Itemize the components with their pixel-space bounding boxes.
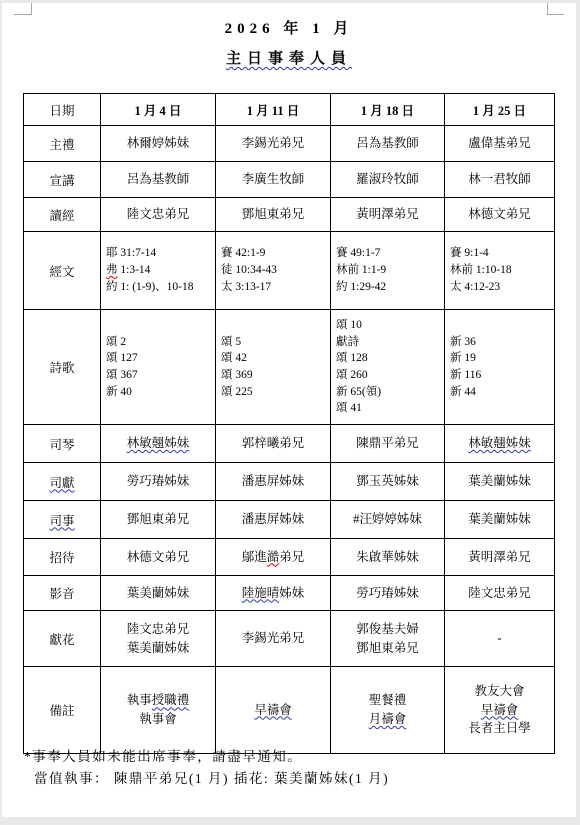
footer-duty-line: 當值執事： 陳鼎平弟兄(1 月) 插花: 葉美蘭姊妹(1 月) bbox=[24, 768, 564, 790]
cell-line: 勞巧瑃姊妹 bbox=[104, 472, 212, 491]
cell-line: 新 44 bbox=[450, 384, 551, 401]
text-segment: 潘惠屏姊妹 bbox=[242, 512, 305, 526]
text-segment: 黃明澤弟兄 bbox=[356, 207, 419, 221]
text-segment: 影音 bbox=[49, 587, 74, 601]
text-segment: 賽 49:1-7 bbox=[336, 247, 380, 259]
text-segment: 勞巧瑃姊妹 bbox=[127, 474, 190, 488]
cell: 陸文忠弟兄 bbox=[101, 198, 216, 232]
cell-line: 新 40 bbox=[106, 384, 212, 401]
table-row: 司事鄧旭東弟兄潘惠屏姊妹#汪婷婷姊妹葉美蘭姊妹 bbox=[24, 501, 555, 539]
text-segment: 陸文忠弟兄 bbox=[127, 207, 190, 221]
text-segment: 林前 1:1-9 bbox=[336, 264, 386, 276]
row-label: 影音 bbox=[24, 576, 101, 611]
cell: 聖餐禮月禱會 bbox=[331, 667, 445, 754]
cell-line: 朱啟華姊妹 bbox=[334, 548, 441, 567]
text-segment: 呂為基教師 bbox=[127, 172, 190, 186]
text-segment: 約 1: (1-9)、10-18 bbox=[106, 281, 194, 293]
cell: 潘惠屏姊妹 bbox=[216, 501, 331, 539]
cell-line: 頌 41 bbox=[336, 400, 441, 417]
cell-line: 早禱會 bbox=[219, 701, 327, 720]
cell: 林敏翹姊妹 bbox=[445, 425, 555, 463]
table-row: 讀經陸文忠弟兄鄧旭東弟兄黃明澤弟兄林德文弟兄 bbox=[24, 198, 555, 232]
text-segment: 新 36 bbox=[450, 336, 476, 348]
cell: - bbox=[445, 611, 555, 667]
cell-line: #汪婷婷姊妹 bbox=[334, 510, 441, 529]
cell-line: 呂為基教師 bbox=[104, 170, 212, 189]
text-segment: 姊妹 bbox=[279, 586, 304, 600]
cell-line: 郭梓曦弟兄 bbox=[219, 434, 327, 453]
cell: #汪婷婷姊妹 bbox=[331, 501, 445, 539]
cell-line: 頌 260 bbox=[336, 367, 441, 384]
text-segment: 頌 42 bbox=[221, 352, 247, 364]
cell-line: 聖餐禮 bbox=[334, 691, 441, 710]
table-header-row: 日期1 月 4 日1 月 11 日1 月 18 日1 月 25 日 bbox=[24, 94, 555, 126]
cell-line: 執事會 bbox=[104, 710, 212, 729]
text-segment: 郭梓曦弟兄 bbox=[242, 436, 305, 450]
document-page: 2026 年 1 月 主日事奉人員 日期1 月 4 日1 月 11 日1 月 1… bbox=[2, 3, 576, 817]
text-segment: 詩歌 bbox=[49, 361, 74, 375]
text-segment-red-wavy: 澔 bbox=[267, 550, 280, 564]
row-label: 司琴 bbox=[24, 425, 101, 463]
cell-line: 頌 10 bbox=[336, 317, 441, 334]
cell-line: 太 3:13-17 bbox=[221, 279, 327, 296]
text-segment: 葉美蘭姊妹 bbox=[127, 641, 190, 655]
text-segment: 執事 bbox=[127, 693, 152, 707]
text-segment-blue-wavy: 陸施晴 bbox=[242, 586, 280, 600]
text-segment: 葉美蘭姊妹 bbox=[127, 586, 190, 600]
cell-line: 郭俊基夫婦 bbox=[334, 620, 441, 639]
cell: 林德文弟兄 bbox=[445, 198, 555, 232]
header-label-cell: 日期 bbox=[24, 94, 101, 126]
text-segment: 頌 2 bbox=[106, 336, 126, 348]
cell-line: 月禱會 bbox=[334, 710, 441, 729]
table-row: 司獻勞巧瑃姊妹潘惠屏姊妹鄧玉英姊妹葉美蘭姊妹 bbox=[24, 463, 555, 501]
text-segment: 林一君牧師 bbox=[468, 172, 531, 186]
crop-mark-line bbox=[14, 14, 31, 15]
cell: 黃明澤弟兄 bbox=[445, 539, 555, 576]
cell-line: 耶 31:7-14 bbox=[106, 245, 212, 262]
text-segment-red-wavy: 弗 bbox=[106, 264, 118, 276]
text-segment: 呂為基教師 bbox=[356, 136, 419, 150]
cell: 盧偉基弟兄 bbox=[445, 126, 555, 162]
text-segment: 李錫光弟兄 bbox=[242, 631, 305, 645]
cell: 頌 2頌 127頌 367新 40 bbox=[101, 310, 216, 425]
text-segment: 經文 bbox=[49, 265, 74, 279]
text-segment: 新 116 bbox=[450, 369, 481, 381]
cell-line: 鄧玉英姊妹 bbox=[334, 472, 441, 491]
cell: 鄔進澔弟兄 bbox=[216, 539, 331, 576]
cell: 賽 42:1-9徒 10:34-43太 3:13-17 bbox=[216, 232, 331, 310]
cell-line: 鄧旭東弟兄 bbox=[334, 639, 441, 658]
cell-line: 鄔進澔弟兄 bbox=[219, 548, 327, 567]
cell: 呂為基教師 bbox=[101, 162, 216, 198]
table-row: 主禮林爾婷姊妹李錫光弟兄呂為基教師盧偉基弟兄 bbox=[24, 126, 555, 162]
text-segment: 林爾婷姊妹 bbox=[127, 136, 190, 150]
cell: 陸文忠弟兄葉美蘭姊妹 bbox=[101, 611, 216, 667]
text-segment: 賽 42:1-9 bbox=[221, 247, 265, 259]
cell-line: 頌 2 bbox=[106, 334, 212, 351]
table-row: 招待林德文弟兄鄔進澔弟兄朱啟華姊妹黃明澤弟兄 bbox=[24, 539, 555, 576]
text-segment: 頌 127 bbox=[106, 352, 138, 364]
text-segment: 勞巧瑃姊妹 bbox=[356, 586, 419, 600]
text-segment-blue-wavy: 司事 bbox=[49, 514, 74, 528]
text-segment: 頌 41 bbox=[336, 402, 362, 414]
text-segment: 獻詩 bbox=[336, 336, 359, 348]
table-row: 備註執事授職禮執事會早禱會聖餐禮月禱會教友大會早禱會長者主日學 bbox=[24, 667, 555, 754]
text-segment-blue-wavy: 司獻 bbox=[49, 476, 74, 490]
text-segment-blue-wavy: 月禱會 bbox=[369, 712, 407, 726]
cell-line: 李廣生牧師 bbox=[219, 170, 327, 189]
row-label: 主禮 bbox=[24, 126, 101, 162]
cell-line: 太 4:12-23 bbox=[450, 279, 551, 296]
cell-line: 黃明澤弟兄 bbox=[334, 205, 441, 224]
text-segment: 徒 10:34-43 bbox=[221, 264, 277, 276]
row-label: 獻花 bbox=[24, 611, 101, 667]
text-segment: 新 19 bbox=[450, 352, 476, 364]
header-date-cell: 1 月 18 日 bbox=[331, 94, 445, 126]
cell: 陸施晴姊妹 bbox=[216, 576, 331, 611]
text-segment: 鄧旭東弟兄 bbox=[356, 641, 419, 655]
text-segment: 林德文弟兄 bbox=[127, 550, 190, 564]
cell: 葉美蘭姊妹 bbox=[445, 463, 555, 501]
text-segment: 陸文忠弟兄 bbox=[127, 622, 190, 636]
cell-line: 頌 42 bbox=[221, 350, 327, 367]
cell-line: - bbox=[448, 629, 551, 648]
cell: 呂為基教師 bbox=[331, 126, 445, 162]
page-margin-mark-top-right bbox=[547, 3, 565, 16]
cell-line: 葉美蘭姊妹 bbox=[104, 584, 212, 603]
cell-line: 陸文忠弟兄 bbox=[104, 620, 212, 639]
text-segment: - bbox=[497, 631, 501, 645]
cell-line: 李錫光弟兄 bbox=[219, 134, 327, 153]
text-segment-blue-wavy: 林敏翹姊妹 bbox=[127, 436, 190, 450]
row-label: 司獻 bbox=[24, 463, 101, 501]
cell: 郭梓曦弟兄 bbox=[216, 425, 331, 463]
cell: 勞巧瑃姊妹 bbox=[331, 576, 445, 611]
cell: 黃明澤弟兄 bbox=[331, 198, 445, 232]
text-segment: 陸文忠弟兄 bbox=[468, 586, 531, 600]
schedule-table: 日期1 月 4 日1 月 11 日1 月 18 日1 月 25 日主禮林爾婷姊妹… bbox=[23, 93, 555, 754]
cell-line: 頌 128 bbox=[336, 350, 441, 367]
text-segment: 羅淑玲牧師 bbox=[356, 172, 419, 186]
cell: 林一君牧師 bbox=[445, 162, 555, 198]
table-row: 經文耶 31:7-14弗 1:3-14約 1: (1-9)、10-18賽 42:… bbox=[24, 232, 555, 310]
cell-line: 新 65(領) bbox=[336, 384, 441, 401]
cell-line: 新 36 bbox=[450, 334, 551, 351]
cell: 郭俊基夫婦鄧旭東弟兄 bbox=[331, 611, 445, 667]
text-segment: 頌 369 bbox=[221, 369, 253, 381]
text-segment: 太 4:12-23 bbox=[450, 281, 500, 293]
schedule-table-body: 日期1 月 4 日1 月 11 日1 月 18 日1 月 25 日主禮林爾婷姊妹… bbox=[24, 94, 555, 754]
cell-line: 頌 367 bbox=[106, 367, 212, 384]
cell: 賽 9:1-4林前 1:10-18太 4:12-23 bbox=[445, 232, 555, 310]
header-date-cell: 1 月 25 日 bbox=[445, 94, 555, 126]
cell-line: 鄧旭東弟兄 bbox=[104, 510, 212, 529]
row-label: 經文 bbox=[24, 232, 101, 310]
footer-notes: *事奉人員如未能出席事奉，請盡早通知。 當值執事： 陳鼎平弟兄(1 月) 插花:… bbox=[24, 746, 564, 789]
cell-line: 陸施晴姊妹 bbox=[219, 584, 327, 603]
cell-line: 盧偉基弟兄 bbox=[448, 134, 551, 153]
text-segment: 鄧玉英姊妹 bbox=[356, 474, 419, 488]
table-row: 司琴林敏翹姊妹郭梓曦弟兄陳鼎平弟兄林敏翹姊妹 bbox=[24, 425, 555, 463]
cell: 葉美蘭姊妹 bbox=[445, 501, 555, 539]
table-row: 詩歌頌 2頌 127頌 367新 40頌 5頌 42頌 369頌 225頌 10… bbox=[24, 310, 555, 425]
cell-line: 執事授職禮 bbox=[104, 691, 212, 710]
text-segment: 鄧旭東弟兄 bbox=[127, 512, 190, 526]
cell-line: 頌 369 bbox=[221, 367, 327, 384]
cell: 鄧玉英姊妹 bbox=[331, 463, 445, 501]
title-heading: 主日事奉人員 bbox=[226, 46, 352, 74]
cell: 羅淑玲牧師 bbox=[331, 162, 445, 198]
cell-line: 林一君牧師 bbox=[448, 170, 551, 189]
cell: 葉美蘭姊妹 bbox=[101, 576, 216, 611]
cell-line: 林德文弟兄 bbox=[448, 205, 551, 224]
cell: 頌 10獻詩頌 128頌 260新 65(領)頌 41 bbox=[331, 310, 445, 425]
cell: 新 36新 19新 116新 44 bbox=[445, 310, 555, 425]
table-row: 影音葉美蘭姊妹陸施晴姊妹勞巧瑃姊妹陸文忠弟兄 bbox=[24, 576, 555, 611]
text-segment: 李廣生牧師 bbox=[242, 172, 305, 186]
cell-line: 早禱會 bbox=[448, 701, 551, 720]
text-segment: 頌 260 bbox=[336, 369, 368, 381]
cell-line: 新 19 bbox=[450, 350, 551, 367]
cell-line: 長者主日學 bbox=[448, 719, 551, 738]
text-segment: 約 1:29-42 bbox=[336, 281, 386, 293]
text-segment: 朱啟華姊妹 bbox=[356, 550, 419, 564]
crop-mark-line bbox=[547, 14, 564, 15]
text-segment: 獻花 bbox=[49, 633, 74, 647]
cell: 陳鼎平弟兄 bbox=[331, 425, 445, 463]
cell-line: 頌 127 bbox=[106, 350, 212, 367]
cell: 朱啟華姊妹 bbox=[331, 539, 445, 576]
text-segment: 弟兄 bbox=[279, 550, 304, 564]
text-segment-blue-wavy: 授職禮 bbox=[152, 693, 190, 707]
document-title: 2026 年 1 月 主日事奉人員 bbox=[2, 16, 576, 74]
cell-line: 教友大會 bbox=[448, 682, 551, 701]
text-segment: 教友大會 bbox=[474, 684, 524, 698]
text-segment: 頌 225 bbox=[221, 386, 253, 398]
cell-line: 潘惠屏姊妹 bbox=[219, 472, 327, 491]
cell-line: 潘惠屏姊妹 bbox=[219, 510, 327, 529]
text-segment: 葉美蘭姊妹 bbox=[468, 474, 531, 488]
cell-line: 頌 5 bbox=[221, 334, 327, 351]
text-segment: 司琴 bbox=[49, 438, 74, 452]
cell-line: 葉美蘭姊妹 bbox=[104, 639, 212, 658]
text-segment: 李錫光弟兄 bbox=[242, 136, 305, 150]
cell: 勞巧瑃姊妹 bbox=[101, 463, 216, 501]
cell: 潘惠屏姊妹 bbox=[216, 463, 331, 501]
cell-line: 約 1:29-42 bbox=[336, 279, 441, 296]
row-label: 宣講 bbox=[24, 162, 101, 198]
cell-line: 約 1: (1-9)、10-18 bbox=[106, 279, 212, 296]
text-segment: 備註 bbox=[49, 704, 74, 718]
text-segment: 賽 9:1-4 bbox=[450, 247, 489, 259]
text-segment: 林前 1:10-18 bbox=[450, 264, 512, 276]
cell-line: 羅淑玲牧師 bbox=[334, 170, 441, 189]
title-year-month: 2026 年 1 月 bbox=[2, 16, 576, 44]
text-segment: 頌 128 bbox=[336, 352, 368, 364]
text-segment: 新 44 bbox=[450, 386, 476, 398]
row-label: 招待 bbox=[24, 539, 101, 576]
text-segment: 太 3:13-17 bbox=[221, 281, 271, 293]
cell-line: 呂為基教師 bbox=[334, 134, 441, 153]
text-segment: 主禮 bbox=[49, 138, 74, 152]
cell: 林爾婷姊妹 bbox=[101, 126, 216, 162]
table-row: 宣講呂為基教師李廣生牧師羅淑玲牧師林一君牧師 bbox=[24, 162, 555, 198]
cell: 李廣生牧師 bbox=[216, 162, 331, 198]
cell-line: 陸文忠弟兄 bbox=[104, 205, 212, 224]
cell: 執事授職禮執事會 bbox=[101, 667, 216, 754]
cell-line: 林敏翹姊妹 bbox=[448, 434, 551, 453]
cell-line: 李錫光弟兄 bbox=[219, 629, 327, 648]
cell-line: 陸文忠弟兄 bbox=[448, 584, 551, 603]
text-segment: 頌 5 bbox=[221, 336, 241, 348]
cell-line: 林敏翹姊妹 bbox=[104, 434, 212, 453]
cell-line: 賽 49:1-7 bbox=[336, 245, 441, 262]
cell-line: 林爾婷姊妹 bbox=[104, 134, 212, 153]
cell-line: 徒 10:34-43 bbox=[221, 262, 327, 279]
cell-line: 林前 1:1-9 bbox=[336, 262, 441, 279]
cell-line: 鄧旭東弟兄 bbox=[219, 205, 327, 224]
header-date-cell: 1 月 4 日 bbox=[101, 94, 216, 126]
cell: 賽 49:1-7林前 1:1-9約 1:29-42 bbox=[331, 232, 445, 310]
cell: 教友大會早禱會長者主日學 bbox=[445, 667, 555, 754]
table-row: 獻花陸文忠弟兄葉美蘭姊妹李錫光弟兄郭俊基夫婦鄧旭東弟兄- bbox=[24, 611, 555, 667]
page-margin-mark-top-left bbox=[14, 3, 32, 16]
cell: 李錫光弟兄 bbox=[216, 126, 331, 162]
text-segment: 郭俊基夫婦 bbox=[356, 622, 419, 636]
text-segment-blue-wavy: 早禱會 bbox=[254, 703, 292, 717]
text-segment: 1:3-14 bbox=[118, 264, 151, 276]
cell: 李錫光弟兄 bbox=[216, 611, 331, 667]
text-segment: 鄧旭東弟兄 bbox=[242, 207, 305, 221]
text-segment: 新 65(領) bbox=[336, 386, 381, 398]
cell-line: 新 116 bbox=[450, 367, 551, 384]
cell-line: 賽 42:1-9 bbox=[221, 245, 327, 262]
text-segment-blue-wavy: 早禱會 bbox=[481, 703, 519, 717]
crop-mark-line bbox=[31, 3, 32, 15]
cell-line: 陳鼎平弟兄 bbox=[334, 434, 441, 453]
cell-line: 弗 1:3-14 bbox=[106, 262, 212, 279]
header-date-cell: 1 月 11 日 bbox=[216, 94, 331, 126]
cell-line: 賽 9:1-4 bbox=[450, 245, 551, 262]
row-label: 讀經 bbox=[24, 198, 101, 232]
text-segment: 盧偉基弟兄 bbox=[468, 136, 531, 150]
cell-line: 頌 225 bbox=[221, 384, 327, 401]
cell: 耶 31:7-14弗 1:3-14約 1: (1-9)、10-18 bbox=[101, 232, 216, 310]
cell-line: 黃明澤弟兄 bbox=[448, 548, 551, 567]
text-segment: #汪婷婷姊妹 bbox=[353, 512, 422, 526]
cell: 早禱會 bbox=[216, 667, 331, 754]
text-segment: 新 40 bbox=[106, 386, 132, 398]
cell-line: 勞巧瑃姊妹 bbox=[334, 584, 441, 603]
row-label: 備註 bbox=[24, 667, 101, 754]
text-segment: 頌 367 bbox=[106, 369, 138, 381]
text-segment: 潘惠屏姊妹 bbox=[242, 474, 305, 488]
cell-line: 林前 1:10-18 bbox=[450, 262, 551, 279]
text-segment: 耶 31:7-14 bbox=[106, 247, 156, 259]
text-segment: 執事會 bbox=[139, 712, 177, 726]
text-segment-blue-wavy: 林敏翹姊妹 bbox=[468, 436, 531, 450]
cell: 林德文弟兄 bbox=[101, 539, 216, 576]
cell-line: 葉美蘭姊妹 bbox=[448, 472, 551, 491]
text-segment: 宣講 bbox=[49, 174, 74, 188]
text-segment: 黃明澤弟兄 bbox=[468, 550, 531, 564]
cell-line: 葉美蘭姊妹 bbox=[448, 510, 551, 529]
text-segment: 長者主日學 bbox=[468, 721, 531, 735]
text-segment: 聖餐禮 bbox=[369, 693, 407, 707]
text-segment: 林德文弟兄 bbox=[468, 207, 531, 221]
cell: 林敏翹姊妹 bbox=[101, 425, 216, 463]
cell-line: 獻詩 bbox=[336, 334, 441, 351]
cell: 陸文忠弟兄 bbox=[445, 576, 555, 611]
cell: 鄧旭東弟兄 bbox=[101, 501, 216, 539]
text-segment: 葉美蘭姊妹 bbox=[468, 512, 531, 526]
cell: 頌 5頌 42頌 369頌 225 bbox=[216, 310, 331, 425]
text-segment: 陳鼎平弟兄 bbox=[356, 436, 419, 450]
cell-line: 林德文弟兄 bbox=[104, 548, 212, 567]
text-segment: 招待 bbox=[49, 551, 74, 565]
text-segment: 頌 10 bbox=[336, 319, 362, 331]
row-label: 詩歌 bbox=[24, 310, 101, 425]
row-label: 司事 bbox=[24, 501, 101, 539]
cell: 鄧旭東弟兄 bbox=[216, 198, 331, 232]
text-segment: 讀經 bbox=[49, 209, 74, 223]
footer-note: *事奉人員如未能出席事奉，請盡早通知。 bbox=[24, 746, 564, 768]
text-segment: 鄔進 bbox=[242, 550, 267, 564]
